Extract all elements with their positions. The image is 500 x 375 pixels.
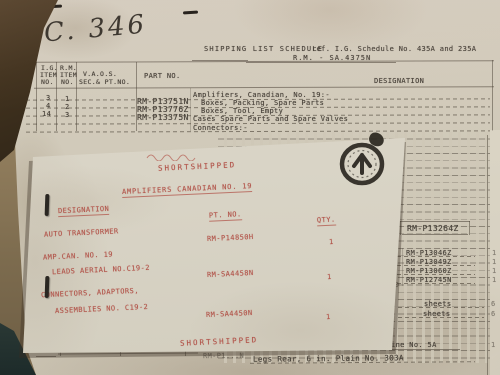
notice-cell: RM-P14850H <box>207 233 254 243</box>
reference-line: ref. I.G. Schedule No. 435A and 235A <box>312 45 476 53</box>
ink-dash-mark <box>183 10 198 14</box>
col-header-designation: DESIGNATION <box>58 205 110 217</box>
table-row: Boxes, Tool, Empty <box>201 107 283 115</box>
margin-fragment: ine No. 5A <box>391 341 437 349</box>
notice-cell: 1 <box>327 273 332 281</box>
table-cell: 3 <box>65 111 70 119</box>
notice-cell: 1 <box>326 313 331 321</box>
notice-title: AMPLIFIERS CANADIAN NO. 19 <box>122 182 253 198</box>
col-header-vaos: V.A.O.S. <box>83 70 117 78</box>
col-header-pt-no: PT. NO. <box>209 210 242 221</box>
col-header-rm: NO. <box>61 78 74 86</box>
broad-arrow-stamp-icon <box>337 142 389 188</box>
shortshipped-stamp: SHORTSHIPPED <box>158 160 237 173</box>
notice-cell: RM-SA4450N <box>206 309 253 319</box>
table-cell: 4 <box>46 102 51 110</box>
col-header-designation: DESIGNATION <box>374 77 424 85</box>
part-fragment: RM-P13264Z <box>407 224 459 233</box>
page-title: SHIPPING LIST SCHEDULE <box>204 45 323 53</box>
notice-cell: RM-SA4458N <box>207 269 254 279</box>
handwritten-note: C. 346 <box>43 10 148 49</box>
staple-icon <box>45 194 50 216</box>
table-row: Cases Spare Parts and Spare Valves <box>193 115 348 123</box>
qty-digit: 1 <box>492 276 497 284</box>
notice-row: AMP.CAN. NO. 19 <box>43 250 113 261</box>
table-cell: 3 <box>46 94 51 102</box>
qty-digit: 1 <box>491 341 496 349</box>
table-row: Boxes, Packing, Spare Parts <box>201 99 324 107</box>
table-row: Amplifiers, Canadian, No. 19:- <box>193 91 330 99</box>
staple-icon <box>45 276 50 298</box>
qty-digit: 6 <box>491 310 496 318</box>
qty-digit: 1 <box>492 267 497 275</box>
scanned-document-photo: C. 346 SHIPPING LIST SCHEDULE ref. I.G. … <box>0 0 500 375</box>
col-header-vaos: SEC.& PT.NO. <box>79 78 130 86</box>
table-cell: RM-P13375N <box>137 113 189 122</box>
col-header-ig: NO. <box>41 78 54 86</box>
table-cell: 2 <box>65 103 70 111</box>
col-header-part: PART NO. <box>144 72 181 80</box>
notice-cell: 1 <box>329 238 334 246</box>
stamp-squiggle-line <box>146 151 198 161</box>
notice-row: LEADS AERIAL NO.C19-2 <box>52 264 150 276</box>
notice-row: ASSEMBLIES NO. C19-2 <box>55 303 149 315</box>
qty-digit: 6 <box>491 300 496 308</box>
notice-row: AUTO TRANSFORMER <box>44 227 119 238</box>
qty-digit: 1 <box>492 258 497 266</box>
notice-row: CONNECTORS, ADAPTORS, <box>41 287 139 299</box>
table-cell: 14 <box>42 110 51 118</box>
qty-digit: 1 <box>492 249 497 257</box>
table-cell: 1 <box>65 95 70 103</box>
col-header-qty: QTY. <box>317 216 336 227</box>
table-row: Connectors:- <box>193 124 248 132</box>
shortshipped-stamp: SHORTSHIPPED <box>180 335 259 348</box>
